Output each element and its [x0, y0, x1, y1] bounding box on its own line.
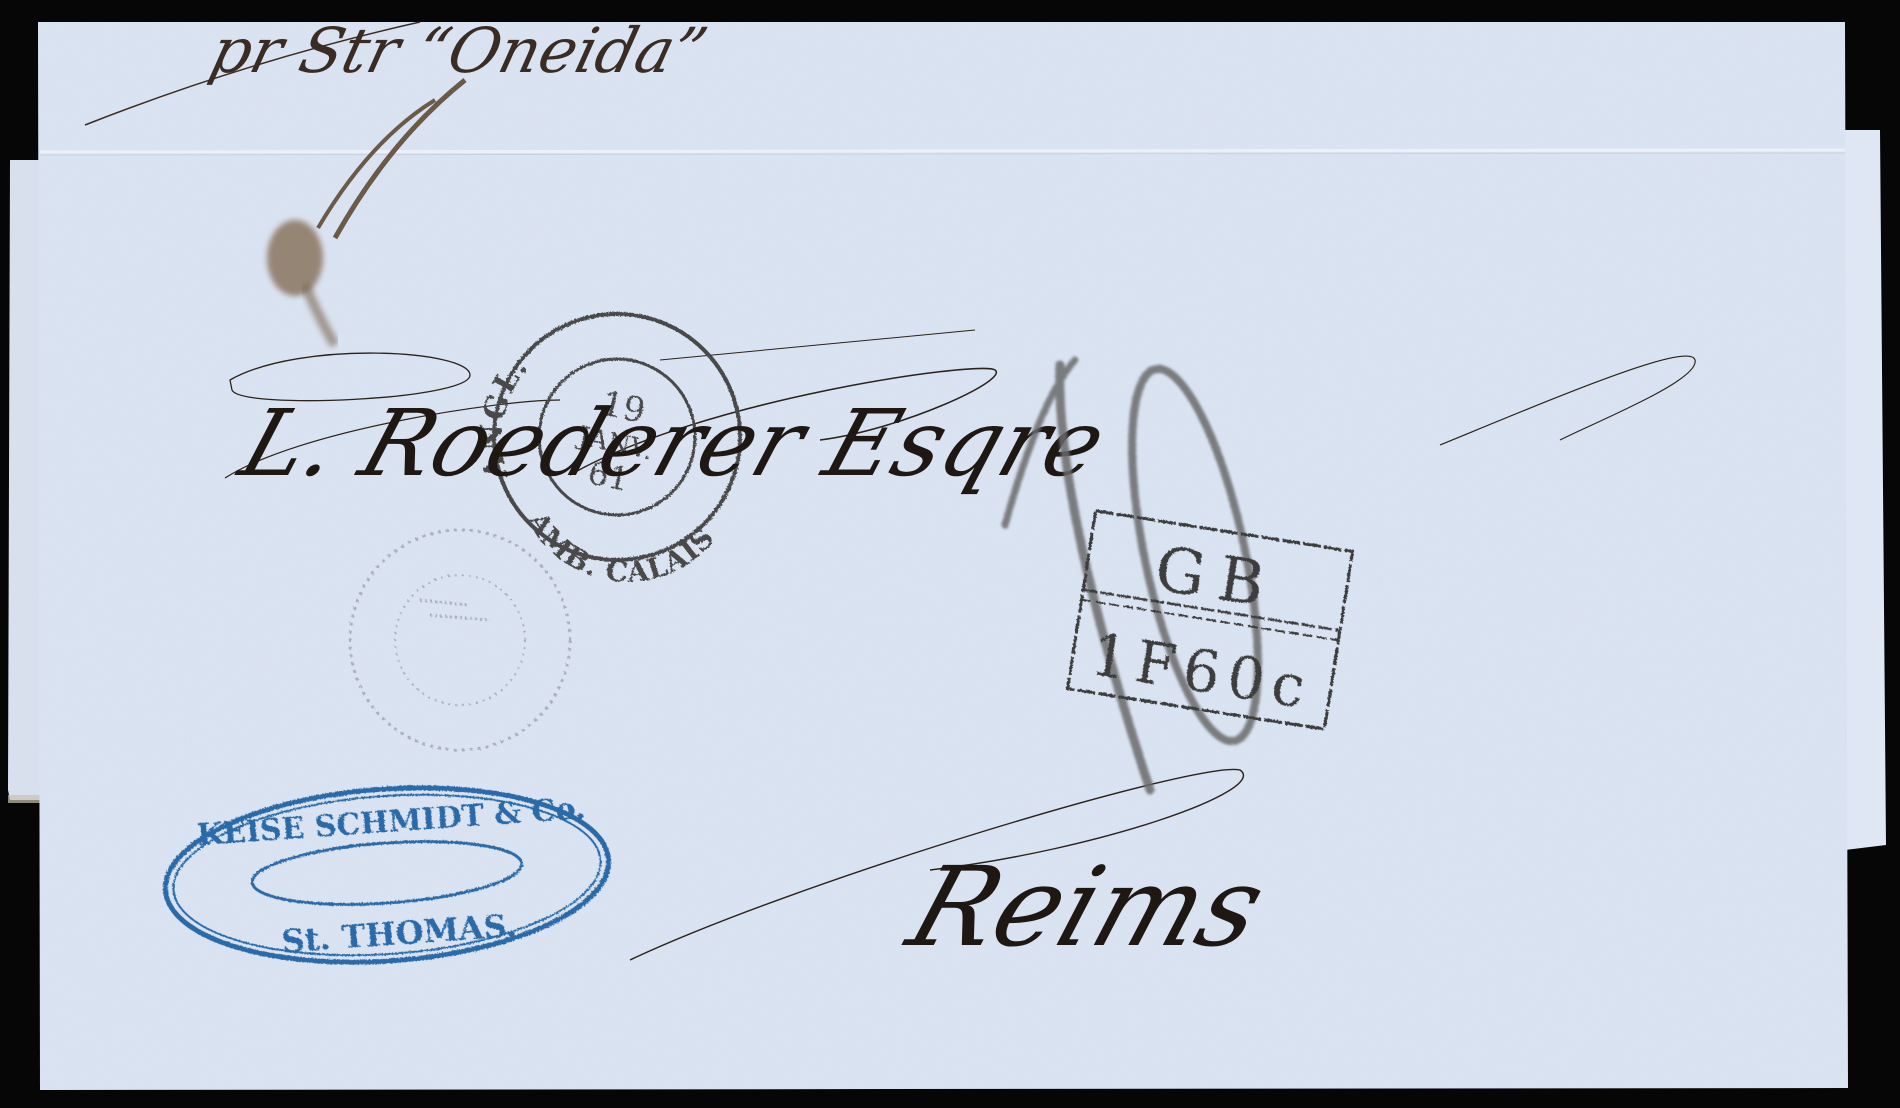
svg-text:L. Roederer Esqre: L. Roederer Esqre — [226, 390, 1118, 497]
svg-text:pr Str “Oneida”: pr Str “Oneida” — [203, 15, 714, 87]
back-flap-left — [8, 160, 40, 800]
postal-cover-photo: pr Str “Oneida” ANGL. AMB. CALAIS 19 JAN… — [0, 0, 1900, 1108]
fold-line — [40, 150, 1845, 152]
svg-text:Reims: Reims — [892, 843, 1280, 972]
